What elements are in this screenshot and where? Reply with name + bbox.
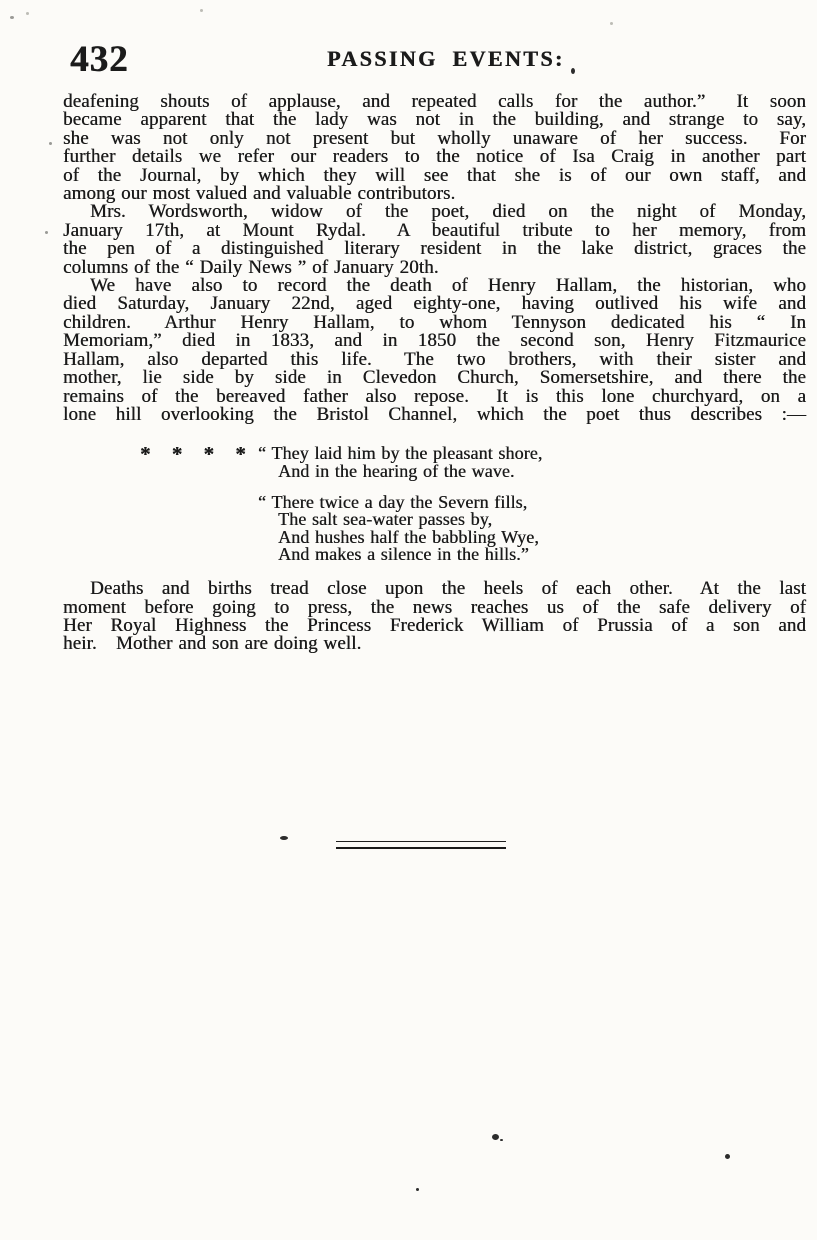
ink-speck [492,1134,499,1140]
poem-stanza: “ There twice a day the Severn fills,The… [258,494,806,563]
text-line: Deaths and births tread close upon the h… [63,580,806,598]
poem-quote: * * * *“ They laid him by the pleasant s… [258,445,806,563]
ink-speck [280,836,288,840]
ink-speck [725,1154,730,1159]
page-title: PASSING EVENTS: [327,46,565,72]
text-line: further details we refer our readers to … [63,148,806,166]
poem-stanza: * * * *“ They laid him by the pleasant s… [258,445,806,480]
ink-speck [571,68,575,74]
asterisk-ellipsis: * * * * [140,446,246,463]
poem-line: The salt sea-water passes by, [278,511,806,528]
ink-speck [49,142,52,145]
text-line: heir. Mother and son are doing well. [63,635,806,653]
paragraph: We have also to record the death of Henr… [63,277,806,424]
text-line: Memoriam,” died in 1833, and in 1850 the… [63,332,806,350]
poem-line: And in the hearing of the wave. [278,463,806,480]
ink-speck [416,1188,419,1191]
text-line: lone hill overlooking the Bristol Channe… [63,406,806,424]
paragraph: Deaths and births tread close upon the h… [63,580,806,654]
paragraph: deafening shouts of applause, and repeat… [63,93,806,203]
paragraph: Mrs. Wordsworth, widow of the poet, died… [63,203,806,277]
ink-speck [26,12,29,15]
poem-line: And makes a silence in the hills.” [278,546,806,563]
page-number: 432 [70,38,129,81]
text-line: mother, lie side by side in Clevedon Chu… [63,369,806,387]
ink-speck [200,9,203,12]
section-divider-rule [336,841,506,849]
text-line: the pen of a distinguished literary resi… [63,240,806,258]
article-body: deafening shouts of applause, and repeat… [63,93,806,654]
ink-speck [10,16,14,19]
poem-line: “ They laid him by the pleasant shore, [258,445,806,462]
journal-page: 432 PASSING EVENTS: deafening shouts of … [0,0,817,1240]
ink-speck [610,22,613,25]
ink-speck [500,1139,503,1141]
ink-speck [45,231,48,234]
